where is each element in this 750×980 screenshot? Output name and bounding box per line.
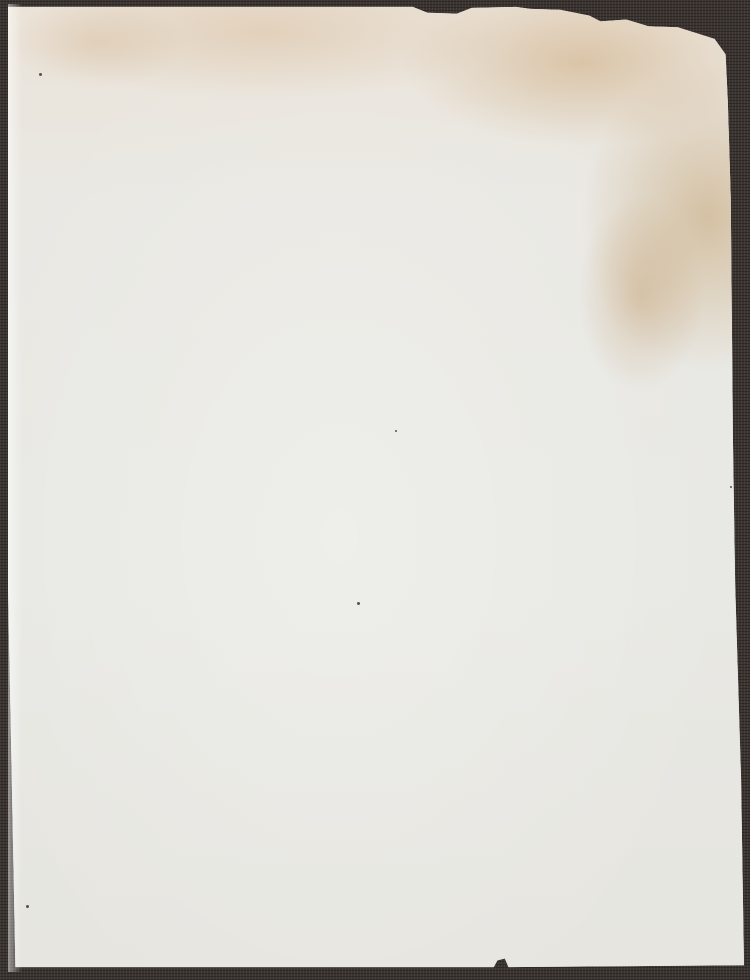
paper-speck — [395, 430, 397, 432]
paper-speck — [357, 602, 360, 605]
paper-speck — [39, 73, 42, 76]
paper-speck — [730, 486, 732, 488]
paper-left-edge-crease — [8, 4, 22, 972]
aged-paper-sheet — [8, 4, 744, 972]
paper-speck — [26, 905, 29, 908]
